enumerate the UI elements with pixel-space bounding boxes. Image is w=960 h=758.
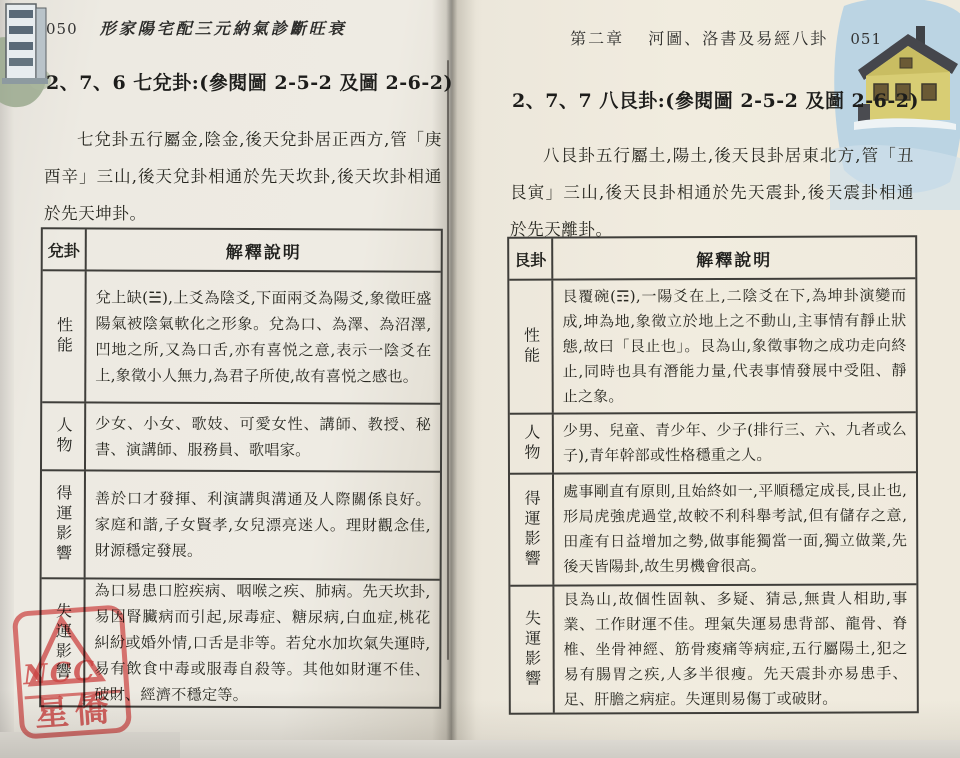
- ncc-watermark-stamp: NCC 星僑: [12, 604, 133, 740]
- table-header-row: 兌卦 解釋說明: [43, 229, 441, 270]
- table-header-row: 艮卦 解釋說明: [509, 237, 915, 278]
- row-text: 處事剛直有原則,且始終如一,平順穩定成長,艮止也,形局虎強虎過堂,故較不利科舉考…: [563, 478, 907, 579]
- row-label: 性能: [522, 327, 538, 367]
- row-text: 少男、兒童、青少年、少子(排行三、六、九者或么子),青年幹部或性格穩重之人。: [563, 417, 907, 468]
- row-label: 得運影響: [523, 490, 539, 570]
- row-label: 人物: [55, 416, 71, 456]
- table-row: 人物 少女、小女、歌妓、可愛女性、講師、教授、秘書、演講師、服務員、歌唱家。: [42, 401, 440, 470]
- row-text: 兌上缺(☱),上爻為陰爻,下面兩爻為陽爻,象徵旺盛陽氣被陰氣軟化之形象。兌為口、…: [95, 284, 431, 389]
- table-header-trigram: 兌卦: [43, 229, 87, 269]
- row-label: 失運影響: [523, 610, 539, 690]
- row-text: 少女、小女、歌妓、可愛女性、講師、教授、秘書、演講師、服務員、歌唱家。: [95, 410, 431, 463]
- table-header-desc: 解釋說明: [553, 237, 915, 278]
- section-title-gen: 2、7、7 八艮卦:(參閱圖 2-5-2 及圖 2-6-2): [512, 86, 919, 113]
- row-label: 得運影響: [55, 484, 71, 564]
- table-header-desc: 解釋說明: [87, 229, 441, 270]
- open-book-photo: 050 形家陽宅配三元納氣診斷旺衰 第二章 河圖、洛書及易經八卦 051 2、7…: [0, 0, 960, 758]
- section-title-dui: 2、7、6 七兌卦:(參閱圖 2-5-2 及圖 2-6-2): [46, 68, 453, 95]
- table-row: 得運影響 處事剛直有原則,且始終如一,平順穩定成長,艮止也,形局虎強虎過堂,故較…: [510, 471, 916, 584]
- page-number-left: 050: [46, 20, 78, 38]
- table-row: 失運影響 艮為山,故個性固執、多疑、猜忌,無貴人相助,事業、工作財運不佳。理氣失…: [510, 583, 916, 712]
- running-head-left: 050 形家陽宅配三元納氣診斷旺衰: [46, 16, 347, 39]
- gen-trigram-table: 艮卦 解釋說明 性能 艮覆碗(☶),一陽爻在上,二陰爻在下,為坤卦演變而成,坤為…: [507, 235, 919, 714]
- intro-paragraph-gen: 八艮卦五行屬土,陽土,後天艮卦居東北方,管「丑艮寅」三山,後天艮卦相通於先天震卦…: [510, 137, 914, 248]
- page-number-right: 051: [850, 30, 882, 48]
- intro-paragraph-dui: 七兌卦五行屬金,陰金,後天兌卦居正西方,管「庚酉辛」三山,後天兌卦相通於先天坎卦…: [44, 121, 442, 232]
- table-row: 得運影響 善於口才發揮、利演講與溝通及人際關係良好。家庭和諧,子女賢孝,女兒漂亮…: [42, 469, 440, 578]
- table-row: 性能 兌上缺(☱),上爻為陰爻,下面兩爻為陽爻,象徵旺盛陽氣被陰氣軟化之形象。兌…: [42, 269, 440, 402]
- chapter-title: 河圖、洛書及易經八卦: [648, 29, 828, 48]
- table-header-trigram: 艮卦: [509, 239, 553, 279]
- row-text: 善於口才發揮、利演講與溝通及人際關係良好。家庭和諧,子女賢孝,女兒漂亮迷人。理財…: [95, 485, 431, 564]
- row-text: 為口易患口腔疾病、咽喉之疾、肺病。先天坎卦,易因腎臟病而引起,尿毒症、糖尿病,白…: [94, 577, 430, 706]
- row-text: 艮為山,故個性固執、多疑、猜忌,無貴人相助,事業、工作財運不佳。理氣失運易患背部…: [563, 586, 907, 712]
- row-label: 人物: [523, 424, 539, 464]
- chapter-label: 第二章: [570, 29, 624, 48]
- running-title-left: 形家陽宅配三元納氣診斷旺衰: [100, 19, 347, 38]
- running-head-right: 第二章 河圖、洛書及易經八卦 051: [570, 26, 882, 49]
- table-row: 人物 少男、兒童、青少年、少子(排行三、六、九者或么子),青年幹部或性格穩重之人…: [510, 411, 916, 472]
- book-spine-line: [447, 60, 449, 660]
- stamp-text-bottom: 星僑: [23, 691, 127, 732]
- table-row: 性能 艮覆碗(☶),一陽爻在上,二陰爻在下,為坤卦演變而成,坤為地,象徵立於地上…: [509, 277, 915, 412]
- row-text: 艮覆碗(☶),一陽爻在上,二陰爻在下,為坤卦演變而成,坤為地,象徵立於地上之不動…: [562, 283, 906, 409]
- row-label: 性能: [55, 316, 71, 356]
